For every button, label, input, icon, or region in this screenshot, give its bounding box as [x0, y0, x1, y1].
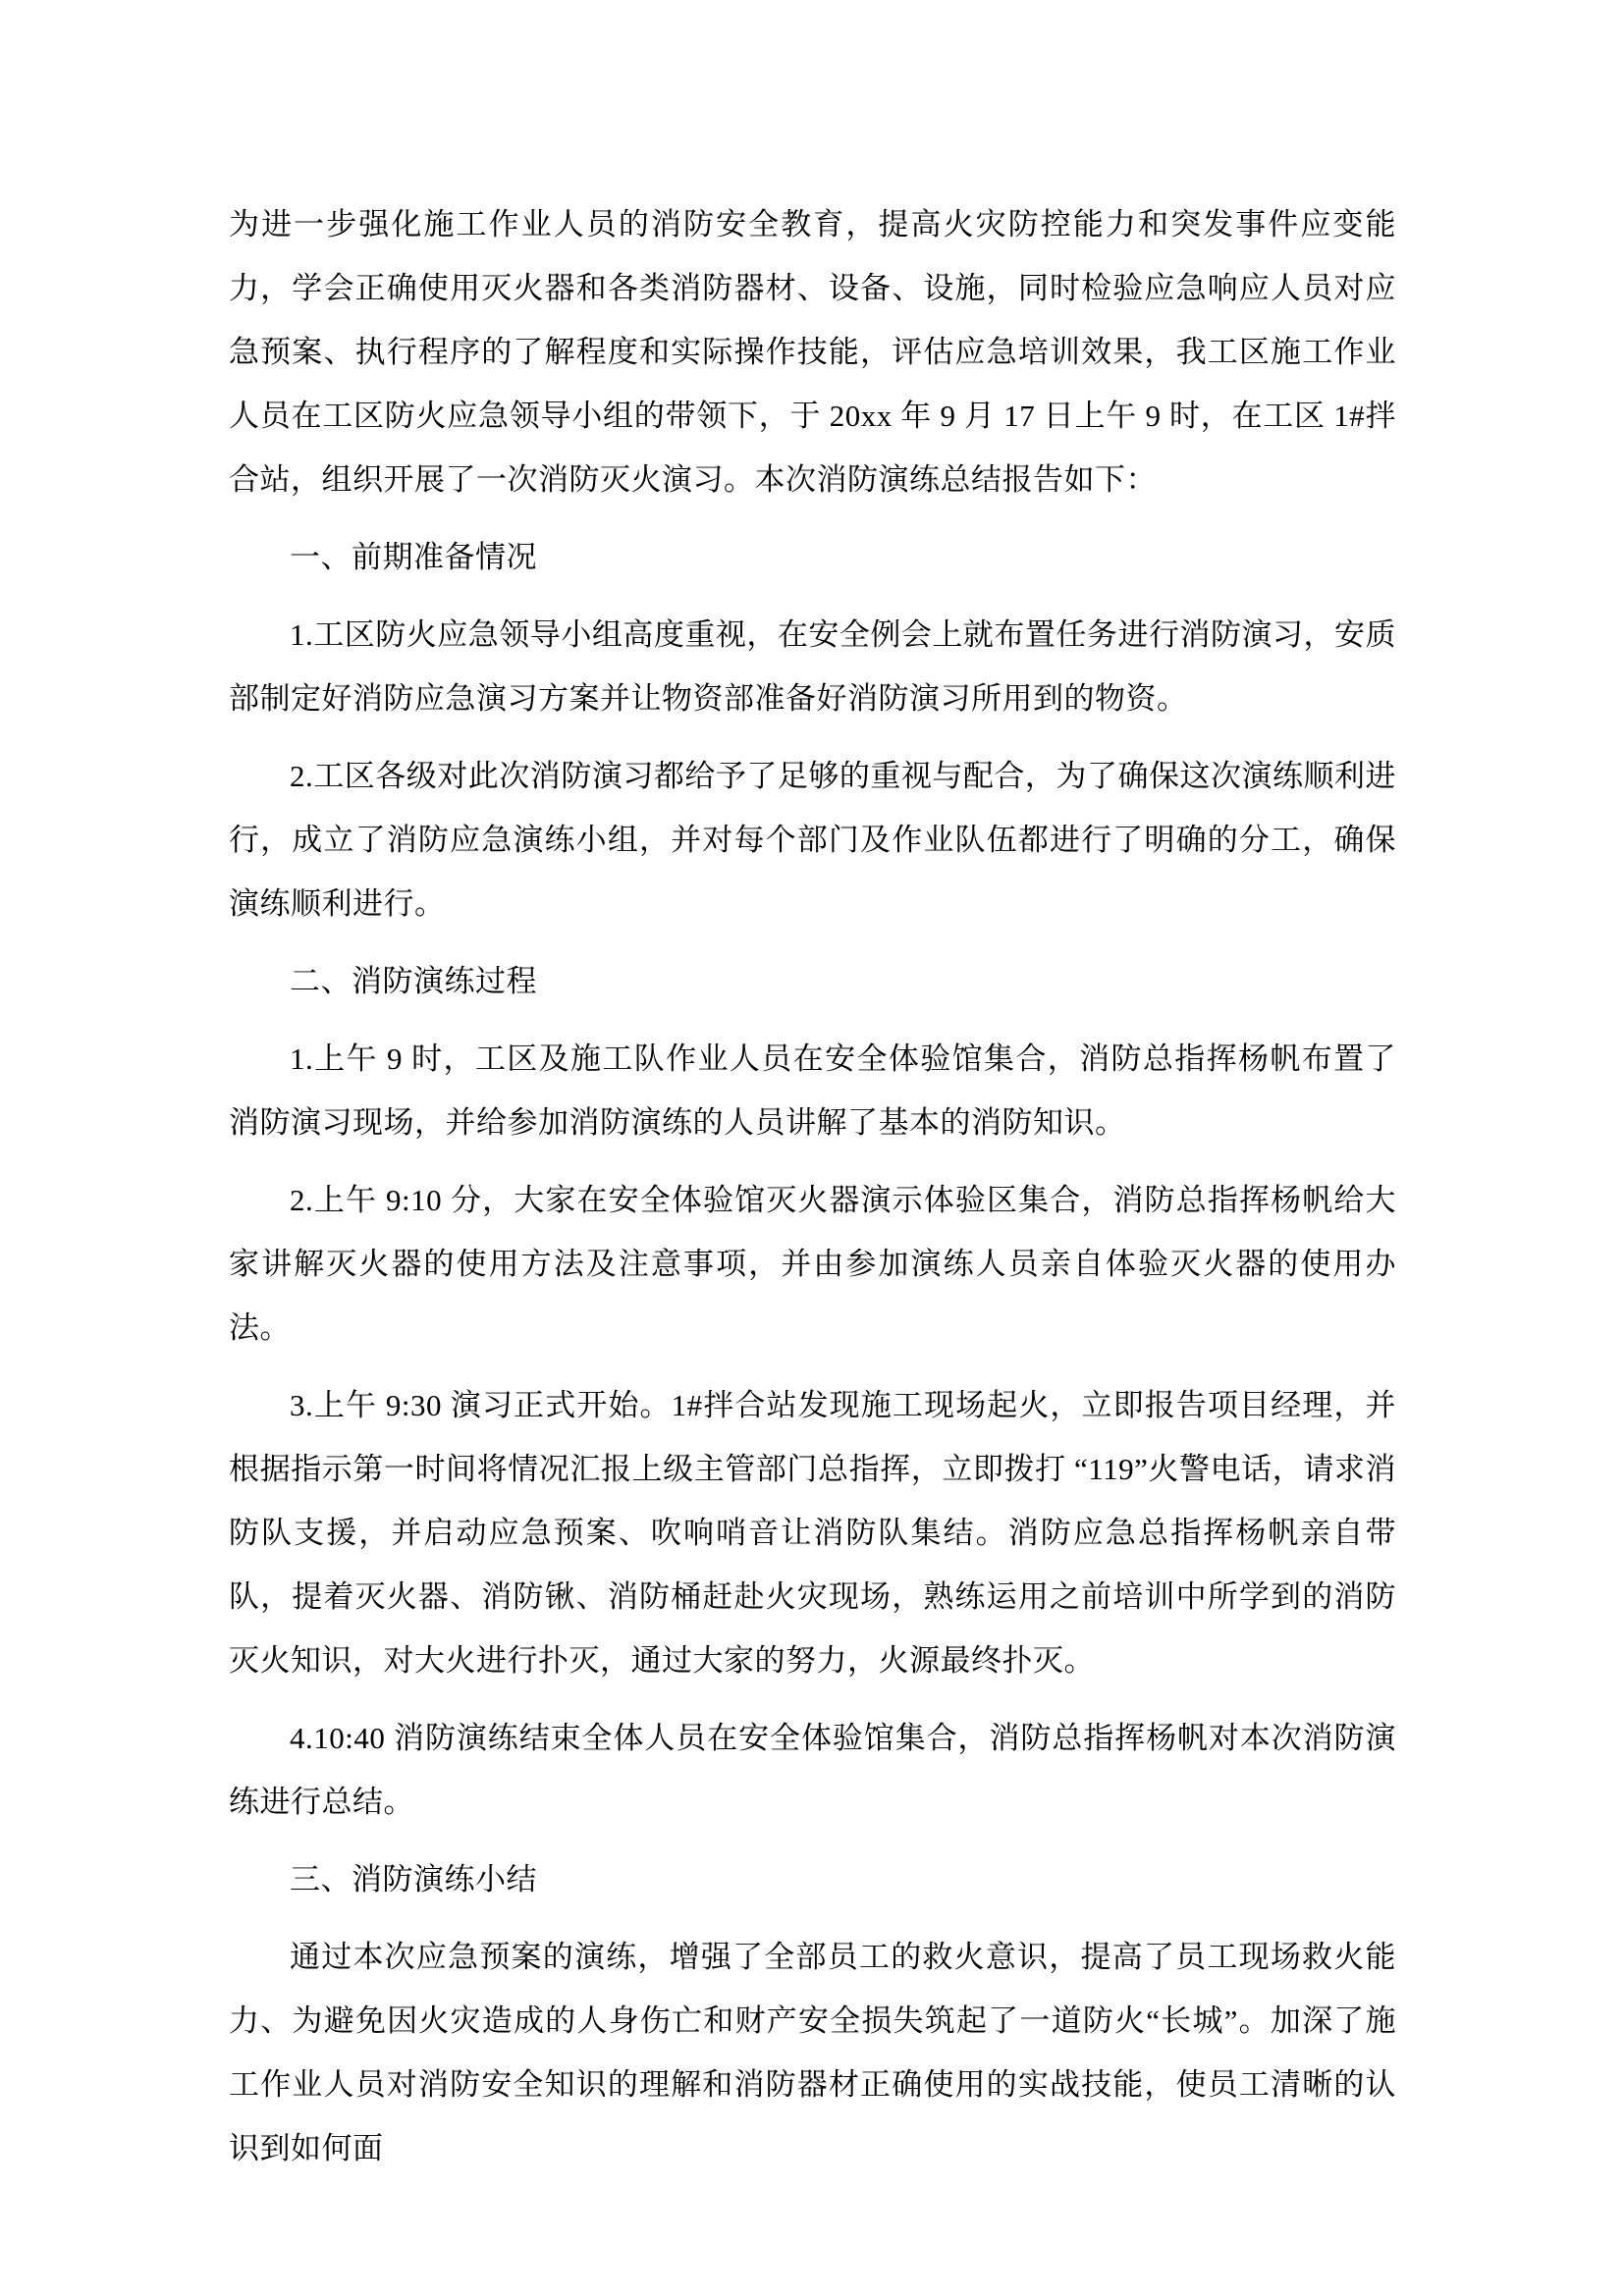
- section-heading-3: 三、消防演练小结: [229, 1847, 1396, 1911]
- paragraph-process-item-4: 4.10:40 消防演练结束全体人员在安全体验馆集合，消防总指挥杨帆对本次消防演…: [229, 1706, 1396, 1834]
- paragraph-summary: 通过本次应急预案的演练，增强了全部员工的救火意识，提高了员工现场救火能力、为避免…: [229, 1925, 1396, 2180]
- paragraph-prep-item-2: 2.工区各级对此次消防演习都给予了足够的重视与配合，为了确保这次演练顺利进行，成…: [229, 744, 1396, 935]
- document-page: 为进一步强化施工作业人员的消防安全教育，提高火灾防控能力和突发事件应变能力，学会…: [0, 0, 1624, 2296]
- section-heading-2: 二、消防演练过程: [229, 949, 1396, 1013]
- paragraph-process-item-1: 1.上午 9 时，工区及施工队作业人员在安全体验馆集合，消防总指挥杨帆布置了消防…: [229, 1027, 1396, 1154]
- paragraph-process-item-2: 2.上午 9:10 分，大家在安全体验馆灭火器演示体验区集合，消防总指挥杨帆给大…: [229, 1168, 1396, 1360]
- section-heading-1: 一、前期准备情况: [229, 525, 1396, 589]
- paragraph-process-item-3: 3.上午 9:30 演习正式开始。1#拌合站发现施工现场起火，立即报告项目经理，…: [229, 1373, 1396, 1692]
- paragraph-prep-item-1: 1.工区防火应急领导小组高度重视，在安全例会上就布置任务进行消防演习，安质部制定…: [229, 603, 1396, 730]
- paragraph-intro: 为进一步强化施工作业人员的消防安全教育，提高火灾防控能力和突发事件应变能力，学会…: [229, 192, 1396, 511]
